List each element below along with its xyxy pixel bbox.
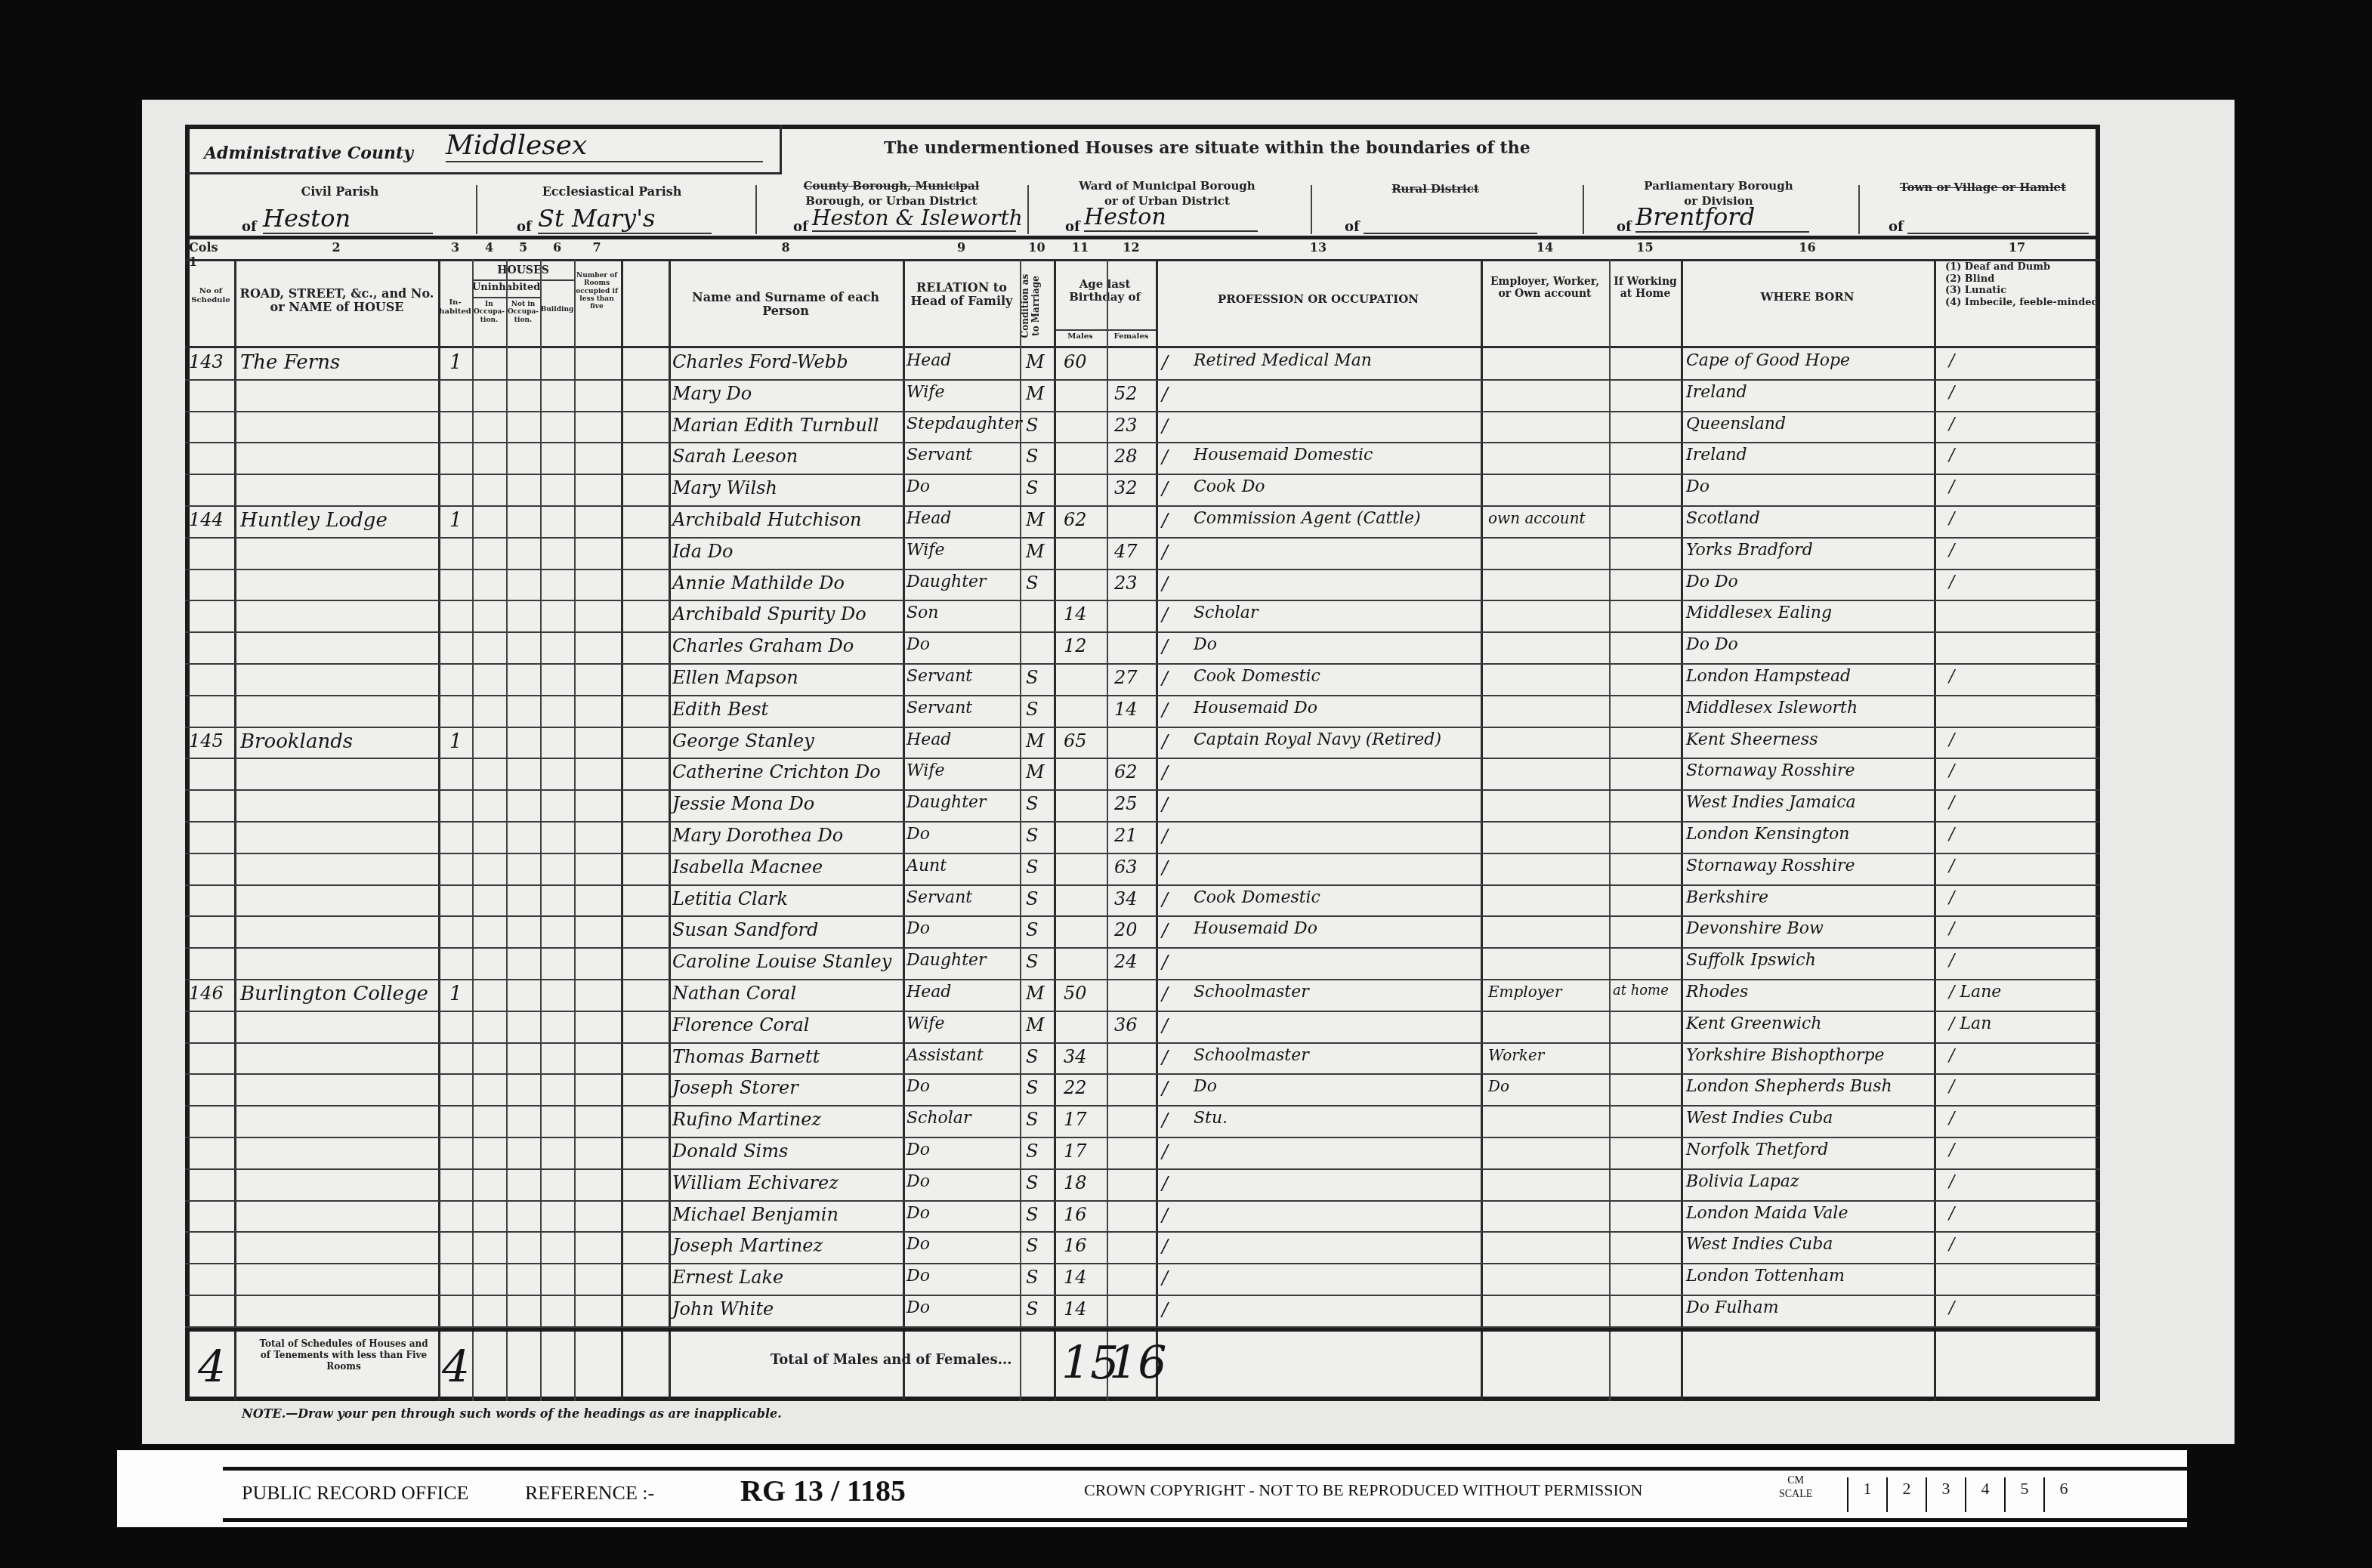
divider (780, 125, 782, 172)
divider (1054, 329, 1156, 331)
form-note: NOTE.—Draw your pen through such words o… (242, 1406, 782, 1421)
condition-cell: S (1026, 446, 1038, 467)
schedule-cell: 145 (189, 730, 224, 752)
name-cell: Thomas Barnett (672, 1046, 820, 1067)
footer-copyright: CROWN COPYRIGHT - NOT TO BE REPRODUCED W… (1084, 1480, 1643, 1500)
occupation-cell: Retired Medical Man (1194, 351, 1372, 370)
col-number: 7 (574, 240, 619, 255)
tick-mark: / (1162, 889, 1168, 910)
scale-tick: 4 (1965, 1477, 2004, 1512)
col-number: 6 (540, 240, 574, 255)
tick-mark: / (1162, 573, 1168, 594)
column-divider (669, 259, 671, 1401)
name-cell: Marian Edith Turnbull (672, 415, 879, 436)
condition-cell: S (1026, 857, 1038, 878)
tick-mark: / (1162, 952, 1168, 973)
where-born-cell: Do Fulham (1686, 1298, 1779, 1317)
where-born-cell: Scotland (1686, 509, 1760, 528)
infirmity-cell: / Lane (1949, 983, 2001, 1002)
where-born-cell: Do Do (1686, 635, 1738, 654)
inhabited-cell: 1 (449, 351, 462, 374)
tick-mark: / (1162, 826, 1168, 847)
name-cell: Mary Dorothea Do (672, 825, 843, 846)
tick-mark: / (1162, 1205, 1168, 1226)
row-divider (185, 821, 2100, 823)
relation-cell: Wife (906, 1014, 944, 1033)
female-age-cell: 27 (1114, 667, 1138, 688)
female-age-cell: 34 (1114, 888, 1138, 909)
infirmity-cell: / (1949, 857, 1954, 875)
header-employer: Employer, Worker, or Own account (1484, 276, 1605, 300)
name-cell: Ernest Lake (672, 1267, 783, 1288)
infirmity-cell: / (1949, 1141, 1954, 1159)
infirmity-cell: / (1949, 541, 1954, 560)
relation-cell: Servant (906, 699, 972, 718)
relation-cell: Do (906, 919, 930, 938)
col-number: 2 (234, 240, 438, 255)
divider (185, 236, 2100, 239)
where-born-cell: Suffolk Ipswich (1686, 951, 1816, 970)
col-number: 10 (1020, 240, 1054, 255)
row-divider (185, 600, 2100, 601)
infirmity-cell: / (1949, 446, 1954, 465)
name-cell: Catherine Crichton Do (672, 761, 881, 782)
at-home-cell: at home (1613, 983, 1669, 999)
female-age-cell: 24 (1114, 951, 1138, 972)
tick-mark: / (1162, 1299, 1168, 1320)
header-females: Females (1107, 332, 1156, 341)
row-divider (185, 411, 2100, 412)
name-cell: Susan Sandford (672, 919, 818, 940)
infirmity-cell: / (1949, 573, 1954, 591)
column-divider (1156, 259, 1158, 1401)
where-born-cell: London Maida Vale (1686, 1204, 1848, 1223)
where-born-cell: Kent Greenwich (1686, 1014, 1822, 1033)
column-divider (1609, 259, 1611, 1401)
house-cell: Huntley Lodge (240, 509, 388, 532)
tick-mark: / (1162, 920, 1168, 941)
occupation-cell: Captain Royal Navy (Retired) (1194, 730, 1441, 749)
condition-cell: S (1026, 951, 1038, 972)
male-age-cell: 17 (1064, 1109, 1087, 1130)
scale-label-cm: CM (1779, 1474, 1812, 1488)
column-divider (1481, 259, 1483, 1401)
header-infirmity: (1) Deaf and Dumb (2) Blind (3) Lunatic … (1945, 261, 2100, 308)
male-age-cell: 22 (1064, 1077, 1087, 1098)
relation-cell: Do (906, 1235, 930, 1254)
of-label: of (1065, 219, 1080, 235)
row-divider (185, 853, 2100, 854)
civil-parish-label: Civil Parish (264, 185, 415, 199)
occupation-cell: Stu. (1194, 1109, 1228, 1128)
female-age-cell: 47 (1114, 541, 1138, 562)
occupation-cell: Cook Domestic (1194, 888, 1320, 907)
occupation-cell: Do (1194, 1077, 1217, 1096)
relation-cell: Daughter (906, 793, 987, 812)
where-born-cell: London Shepherds Bush (1686, 1077, 1892, 1096)
infirmity-cell: / (1949, 1077, 1954, 1096)
name-cell: Rufino Martinez (672, 1109, 821, 1130)
town-label: Town or Village or Hamlet (1873, 181, 2092, 194)
infirmity-cell: / (1949, 351, 1954, 370)
male-age-cell: 17 (1064, 1141, 1087, 1162)
employer-cell: Do (1488, 1077, 1509, 1095)
row-divider (185, 1168, 2100, 1170)
female-age-cell: 23 (1114, 415, 1138, 436)
ward-label: Ward of Municipal Borough (1046, 180, 1288, 193)
relation-cell: Assistant (906, 1046, 984, 1065)
infirmity-2: (2) Blind (1945, 273, 2100, 286)
relation-cell: Head (906, 983, 951, 1002)
male-age-cell: 60 (1064, 351, 1087, 372)
divider (223, 1467, 2187, 1471)
divider (755, 185, 757, 234)
relation-cell: Son (906, 603, 939, 622)
header-not-in-occupation: Not in Occupa-tion. (506, 301, 540, 324)
house-cell: Brooklands (240, 730, 353, 753)
name-cell: Jessie Mona Do (672, 793, 814, 814)
condition-cell: S (1026, 1077, 1038, 1098)
infirmity-cell: / (1949, 793, 1954, 812)
condition-cell: M (1026, 541, 1045, 562)
where-born-cell: Ireland (1686, 383, 1747, 402)
relation-cell: Aunt (906, 857, 947, 875)
where-born-cell: Norfolk Thetford (1686, 1141, 1828, 1159)
name-cell: Isabella Macnee (672, 857, 823, 878)
header-where-born: WHERE BORN (1681, 291, 1934, 304)
female-age-cell: 20 (1114, 919, 1138, 940)
row-divider (185, 442, 2100, 443)
tick-mark: / (1162, 1173, 1168, 1194)
divider (476, 185, 477, 234)
where-born-cell: London Kensington (1686, 825, 1849, 844)
tick-mark: / (1162, 1267, 1168, 1289)
condition-cell: S (1026, 1298, 1038, 1320)
of-label: of (1345, 219, 1360, 235)
row-divider (185, 1137, 2100, 1138)
condition-cell: S (1026, 1046, 1038, 1067)
county-borough-label: County Borough, Municipal (778, 180, 1005, 193)
condition-cell: S (1026, 919, 1038, 940)
male-age-cell: 18 (1064, 1172, 1087, 1193)
relation-cell: Scholar (906, 1109, 971, 1128)
divider (185, 1328, 2100, 1332)
name-cell: Michael Benjamin (672, 1204, 839, 1225)
female-age-cell: 25 (1114, 793, 1138, 814)
col-number: 17 (1934, 240, 2100, 255)
row-divider (185, 695, 2100, 696)
condition-cell: S (1026, 573, 1038, 594)
row-divider (185, 947, 2100, 949)
female-age-cell: 28 (1114, 446, 1138, 467)
name-cell: Mary Wilsh (672, 477, 777, 498)
tick-mark: / (1162, 1015, 1168, 1036)
tick-mark: / (1162, 604, 1168, 625)
divider (1858, 185, 1860, 234)
footer-reference-label: REFERENCE :- (525, 1482, 654, 1505)
total-schedules-label: Total of Schedules of Houses and of Tene… (253, 1338, 434, 1372)
occupation-cell: Schoolmaster (1194, 1046, 1309, 1065)
tick-mark: / (1162, 446, 1168, 468)
tick-mark: / (1162, 699, 1168, 721)
condition-cell: M (1026, 983, 1045, 1004)
where-born-cell: Ireland (1686, 446, 1747, 465)
header-inhabited: In-habited (438, 298, 472, 316)
tick-mark: / (1162, 415, 1168, 437)
row-divider (185, 758, 2100, 759)
tick-mark: / (1162, 1141, 1168, 1162)
name-cell: Joseph Storer (672, 1077, 798, 1098)
relation-cell: Wife (906, 383, 944, 402)
condition-cell: M (1026, 383, 1045, 404)
header-name: Name and Surname of each Person (672, 291, 899, 319)
row-divider (185, 1200, 2100, 1202)
ecclesiastical-parish-value: St Mary's (538, 204, 712, 234)
relation-cell: Do (906, 635, 930, 654)
infirmity-cell: / (1949, 951, 1954, 970)
header-schedule: No of Schedule (189, 287, 233, 304)
where-born-cell: Middlesex Isleworth (1686, 699, 1858, 718)
col-number: 13 (1156, 240, 1481, 255)
where-born-cell: Queensland (1686, 415, 1786, 434)
where-born-cell: Stornaway Rosshire (1686, 761, 1855, 780)
column-divider (1054, 259, 1056, 1401)
scale-tick: 2 (1886, 1477, 1926, 1512)
occupation-cell: Housemaid Do (1194, 919, 1317, 938)
condition-cell: S (1026, 1172, 1038, 1193)
where-born-cell: Middlesex Ealing (1686, 603, 1832, 622)
tick-mark: / (1162, 478, 1168, 499)
column-divider (472, 259, 474, 1401)
relation-cell: Head (906, 351, 951, 370)
infirmity-cell: / (1949, 1172, 1954, 1191)
column-divider (234, 259, 236, 1401)
male-age-cell: 16 (1064, 1235, 1087, 1256)
header-road: ROAD, STREET, &c., and No. or NAME of HO… (238, 287, 436, 315)
infirmity-cell: / (1949, 761, 1954, 780)
name-cell: Nathan Coral (672, 983, 796, 1004)
infirmity-cell: / (1949, 383, 1954, 402)
relation-cell: Do (906, 1141, 930, 1159)
condition-cell: S (1026, 793, 1038, 814)
col-number: 16 (1681, 240, 1934, 255)
tick-mark: / (1162, 1236, 1168, 1257)
parliamentary-borough-label: Parliamentary Borough (1601, 180, 1836, 193)
infirmity-cell: / (1949, 667, 1954, 686)
male-age-cell: 14 (1064, 1298, 1087, 1320)
row-divider (185, 1263, 2100, 1264)
column-divider (1934, 259, 1936, 1401)
condition-cell: M (1026, 509, 1045, 530)
row-divider (185, 631, 2100, 633)
column-divider (903, 259, 905, 1401)
scale-tick: 1 (1847, 1477, 1886, 1512)
male-age-cell: 14 (1064, 603, 1087, 625)
name-cell: John White (672, 1298, 774, 1320)
occupation-cell: Scholar (1194, 603, 1258, 622)
col-number: 11 (1054, 240, 1107, 255)
name-cell: Ellen Mapson (672, 667, 798, 688)
condition-cell: S (1026, 1204, 1038, 1225)
infirmity-cell: / (1949, 1109, 1954, 1128)
name-cell: Annie Mathilde Do (672, 573, 845, 594)
condition-cell: M (1026, 761, 1045, 782)
scale-tick: 6 (2043, 1477, 2083, 1512)
condition-cell: S (1026, 1267, 1038, 1288)
infirmity-4: (4) Imbecile, feeble-minded (1945, 297, 2100, 309)
where-born-cell: Stornaway Rosshire (1686, 857, 1855, 875)
male-age-cell: 50 (1064, 983, 1087, 1004)
row-divider (185, 1042, 2100, 1044)
archive-footer: PUBLIC RECORD OFFICE REFERENCE :- RG 13 … (117, 1450, 2187, 1527)
of-label: of (793, 219, 808, 235)
infirmity-cell: / (1949, 1235, 1954, 1254)
infirmity-cell: / (1949, 477, 1954, 496)
divider (185, 172, 782, 174)
header-relation: RELATION to Head of Family (905, 281, 1018, 309)
where-born-cell: Yorks Bradford (1686, 541, 1813, 560)
female-age-cell: 63 (1114, 857, 1138, 878)
row-divider (185, 474, 2100, 475)
where-born-cell: Do Do (1686, 573, 1738, 591)
row-divider (185, 569, 2100, 570)
relation-cell: Wife (906, 541, 944, 560)
relation-cell: Servant (906, 888, 972, 907)
of-label: of (242, 219, 257, 235)
name-cell: Ida Do (672, 541, 733, 562)
male-age-cell: 12 (1064, 635, 1087, 656)
divider (472, 279, 574, 281)
infirmity-cell: / (1949, 888, 1954, 907)
tick-mark: / (1162, 510, 1168, 531)
scale-label-scale: SCALE (1779, 1488, 1812, 1502)
where-born-cell: Cape of Good Hope (1686, 351, 1850, 370)
tick-mark: / (1162, 762, 1168, 783)
county-borough-value: Heston & Isleworth (812, 205, 1016, 232)
where-born-cell: Yorkshire Bishopthorpe (1686, 1046, 1885, 1065)
column-divider (1681, 259, 1683, 1401)
male-age-cell: 34 (1064, 1046, 1087, 1067)
row-divider (185, 727, 2100, 728)
condition-cell: S (1026, 699, 1038, 720)
row-divider (185, 1295, 2100, 1296)
name-cell: Mary Do (672, 383, 752, 404)
header-age: Age last Birthday of (1054, 278, 1156, 304)
house-cell: Burlington College (240, 983, 428, 1005)
tick-mark: / (1162, 384, 1168, 405)
row-divider (185, 915, 2100, 917)
tick-mark: / (1162, 731, 1168, 752)
of-label: of (1889, 219, 1904, 235)
page-intro: The undermentioned Houses are situate wi… (884, 138, 1530, 158)
col-number: 4 (472, 240, 506, 255)
row-divider (185, 537, 2100, 539)
relation-cell: Do (906, 1077, 930, 1096)
name-cell: Sarah Leeson (672, 446, 798, 467)
tick-mark: / (1162, 668, 1168, 689)
footer-office: PUBLIC RECORD OFFICE (242, 1482, 469, 1505)
occupation-cell: Cook Domestic (1194, 667, 1320, 686)
condition-cell: M (1026, 730, 1045, 752)
rural-district-value (1364, 204, 1537, 234)
admin-county-value: Middlesex (446, 130, 763, 162)
col-number: 9 (903, 240, 1020, 255)
admin-county-label: Administrative County (204, 144, 413, 163)
name-cell: Charles Ford-Webb (672, 351, 848, 372)
name-cell: Edith Best (672, 699, 768, 720)
female-age-cell: 32 (1114, 477, 1138, 498)
employer-cell: Employer (1488, 983, 1562, 1001)
column-divider (506, 259, 508, 1401)
header-building: Building (540, 306, 574, 313)
column-divider (1107, 259, 1108, 1401)
condition-cell: S (1026, 667, 1038, 688)
infirmity-cell: / (1949, 825, 1954, 844)
where-born-cell: West Indies Jamaica (1686, 793, 1856, 812)
header-working-at-home: If Working at Home (1611, 276, 1680, 300)
header-occupation: PROFESSION OR OCCUPATION (1156, 293, 1481, 306)
footer-reference-value: RG 13 / 1185 (740, 1473, 906, 1508)
total-males-females-label: Total of Males and of Females... (771, 1352, 1012, 1368)
employer-cell: own account (1488, 509, 1586, 527)
of-label: of (1617, 219, 1632, 235)
where-born-cell: London Hampstead (1686, 667, 1851, 686)
infirmity-cell: / (1949, 509, 1954, 528)
male-age-cell: 16 (1064, 1204, 1087, 1225)
col-number: 8 (669, 240, 903, 255)
condition-cell: S (1026, 1109, 1038, 1130)
relation-cell: Wife (906, 761, 944, 780)
occupation-cell: Schoolmaster (1194, 983, 1309, 1002)
infirmity-cell: / (1949, 415, 1954, 434)
occupation-cell: Housemaid Do (1194, 699, 1317, 718)
condition-cell: S (1026, 1235, 1038, 1256)
parliamentary-borough-value: Brentford (1635, 202, 1809, 233)
schedule-cell: 146 (189, 983, 224, 1004)
row-divider (185, 979, 2100, 980)
female-age-cell: 52 (1114, 383, 1138, 404)
header-males: Males (1054, 332, 1107, 341)
col-number: 5 (506, 240, 540, 255)
relation-cell: Do (906, 477, 930, 496)
row-divider (185, 1105, 2100, 1107)
tick-mark: / (1162, 1110, 1168, 1131)
where-born-cell: Bolivia Lapaz (1686, 1172, 1799, 1191)
name-cell: Archibald Spurity Do (672, 603, 866, 625)
where-born-cell: West Indies Cuba (1686, 1235, 1833, 1254)
name-cell: William Echivarez (672, 1172, 839, 1193)
column-divider (540, 259, 542, 1401)
name-cell: Caroline Louise Stanley (672, 951, 891, 972)
infirmity-cell: / (1949, 1046, 1954, 1065)
infirmity-3: (3) Lunatic (1945, 285, 2100, 297)
relation-cell: Do (906, 1267, 930, 1286)
divider (1311, 185, 1312, 234)
header-condition: Condition as to Marriage (1020, 268, 1041, 344)
row-divider (185, 379, 2100, 381)
divider (223, 1518, 2187, 1522)
col-number: 12 (1107, 240, 1156, 255)
tick-mark: / (1162, 857, 1168, 878)
relation-cell: Head (906, 730, 951, 749)
name-cell: Charles Graham Do (672, 635, 854, 656)
condition-cell: S (1026, 477, 1038, 498)
col-number: 14 (1481, 240, 1609, 255)
where-born-cell: Rhodes (1686, 983, 1748, 1002)
name-cell: Letitia Clark (672, 888, 788, 909)
tick-mark: / (1162, 1078, 1168, 1099)
rural-district-label: Rural District (1345, 183, 1526, 196)
